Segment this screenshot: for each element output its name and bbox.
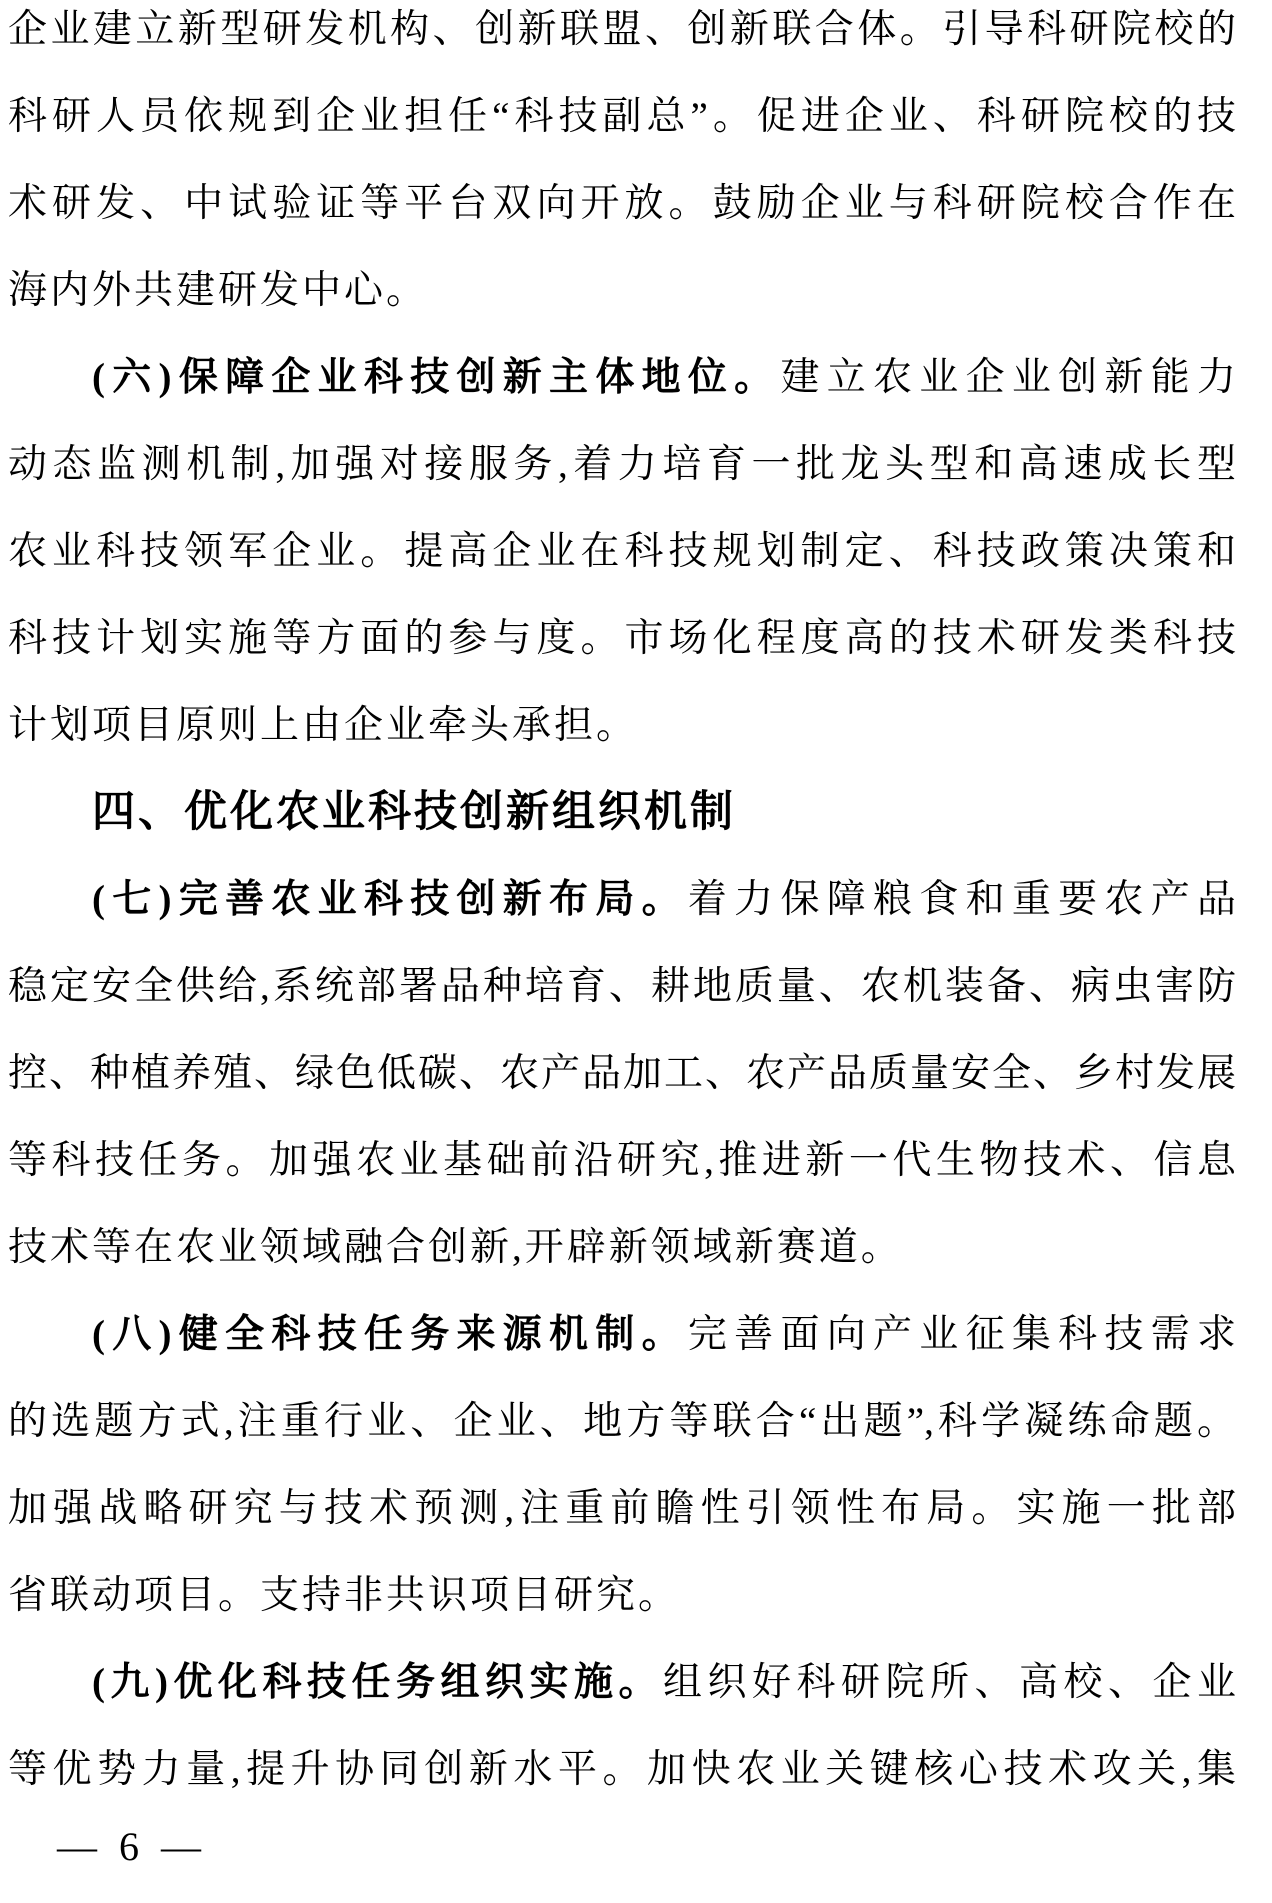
line-text: 加强战略研究与技术预测,注重前瞻性引领性布局。实施一批部 [8,1487,1236,1530]
page-number-footer: — 6 — [57,1803,207,1890]
text-line: 动态监测机制,加强对接服务,着力培育一批龙头型和高速成长型 [8,421,1236,508]
line-text: 完善面向产业征集科技需求 [688,1313,1236,1356]
line-text: 四、优化农业科技创新组织机制 [92,788,736,836]
line-text: 农业科技领军企业。提高企业在科技规划制定、科技政策决策和 [8,530,1236,573]
line-text: 省联动项目。支持非共识项目研究。 [8,1574,680,1617]
line-text: 稳定安全供给,系统部署品种培育、耕地质量、农机装备、病虫害防 [8,965,1236,1008]
line-text: 科技计划实施等方面的参与度。市场化程度高的技术研发类科技 [8,617,1236,660]
line-text: 建立农业企业创新能力 [780,356,1236,399]
paragraph-lead: (七)完善农业科技创新布局。 [92,878,688,921]
text-line: 术研发、中试验证等平台双向开放。鼓励企业与科研院校合作在 [8,160,1236,247]
text-line: 省联动项目。支持非共识项目研究。 [8,1552,1236,1639]
line-text: 的选题方式,注重行业、企业、地方等联合“出题”,科学凝练命题。 [8,1400,1236,1443]
line-text: 计划项目原则上由企业牵头承担。 [8,704,638,747]
text-line: 海内外共建研发中心。 [8,247,1236,334]
line-text: 术研发、中试验证等平台双向开放。鼓励企业与科研院校合作在 [8,182,1236,225]
line-text: 科研人员依规到企业担任“科技副总”。促进企业、科研院校的技 [8,95,1236,138]
text-line: 计划项目原则上由企业牵头承担。 [8,682,1236,769]
section-heading: 四、优化农业科技创新组织机制 [8,769,1236,856]
text-line: 科研人员依规到企业担任“科技副总”。促进企业、科研院校的技 [8,73,1236,160]
text-line: 等优势力量,提升协同创新水平。加快农业关键核心技术攻关,集 [8,1726,1236,1813]
text-line: (七)完善农业科技创新布局。着力保障粮食和重要农产品 [8,856,1236,943]
paragraph-lead: (九)优化科技任务组织实施。 [92,1661,663,1704]
text-line: 的选题方式,注重行业、企业、地方等联合“出题”,科学凝练命题。 [8,1378,1236,1465]
text-line: 等科技任务。加强农业基础前沿研究,推进新一代生物技术、信息 [8,1117,1236,1204]
line-text: 海内外共建研发中心。 [8,269,428,312]
document-page: 企业建立新型研发机构、创新联盟、创新联合体。引导科研院校的科研人员依规到企业担任… [0,0,1272,1903]
text-line: 农业科技领军企业。提高企业在科技规划制定、科技政策决策和 [8,508,1236,595]
text-line: 加强战略研究与技术预测,注重前瞻性引领性布局。实施一批部 [8,1465,1236,1552]
text-line: (九)优化科技任务组织实施。组织好科研院所、高校、企业 [8,1639,1236,1726]
line-text: 着力保障粮食和重要农产品 [688,878,1236,921]
text-line: 技术等在农业领域融合创新,开辟新领域新赛道。 [8,1204,1236,1291]
text-line: 企业建立新型研发机构、创新联盟、创新联合体。引导科研院校的 [8,0,1236,73]
line-text: 动态监测机制,加强对接服务,着力培育一批龙头型和高速成长型 [8,443,1236,486]
line-text: 等优势力量,提升协同创新水平。加快农业关键核心技术攻关,集 [8,1748,1236,1791]
text-line: (八)健全科技任务来源机制。完善面向产业征集科技需求 [8,1291,1236,1378]
line-text: 技术等在农业领域融合创新,开辟新领域新赛道。 [8,1226,903,1269]
paragraph-lead: (六)保障企业科技创新主体地位。 [92,356,780,399]
text-line: (六)保障企业科技创新主体地位。建立农业企业创新能力 [8,334,1236,421]
text-line: 控、种植养殖、绿色低碳、农产品加工、农产品质量安全、乡村发展 [8,1030,1236,1117]
text-line: 科技计划实施等方面的参与度。市场化程度高的技术研发类科技 [8,595,1236,682]
paragraph-lead: (八)健全科技任务来源机制。 [92,1313,688,1356]
line-text: 控、种植养殖、绿色低碳、农产品加工、农产品质量安全、乡村发展 [8,1052,1236,1095]
text-line: 稳定安全供给,系统部署品种培育、耕地质量、农机装备、病虫害防 [8,943,1236,1030]
line-text: 企业建立新型研发机构、创新联盟、创新联合体。引导科研院校的 [8,8,1236,51]
line-text: 等科技任务。加强农业基础前沿研究,推进新一代生物技术、信息 [8,1139,1236,1182]
line-text: 组织好科研院所、高校、企业 [663,1661,1236,1704]
document-body: 企业建立新型研发机构、创新联盟、创新联合体。引导科研院校的科研人员依规到企业担任… [8,0,1236,1813]
